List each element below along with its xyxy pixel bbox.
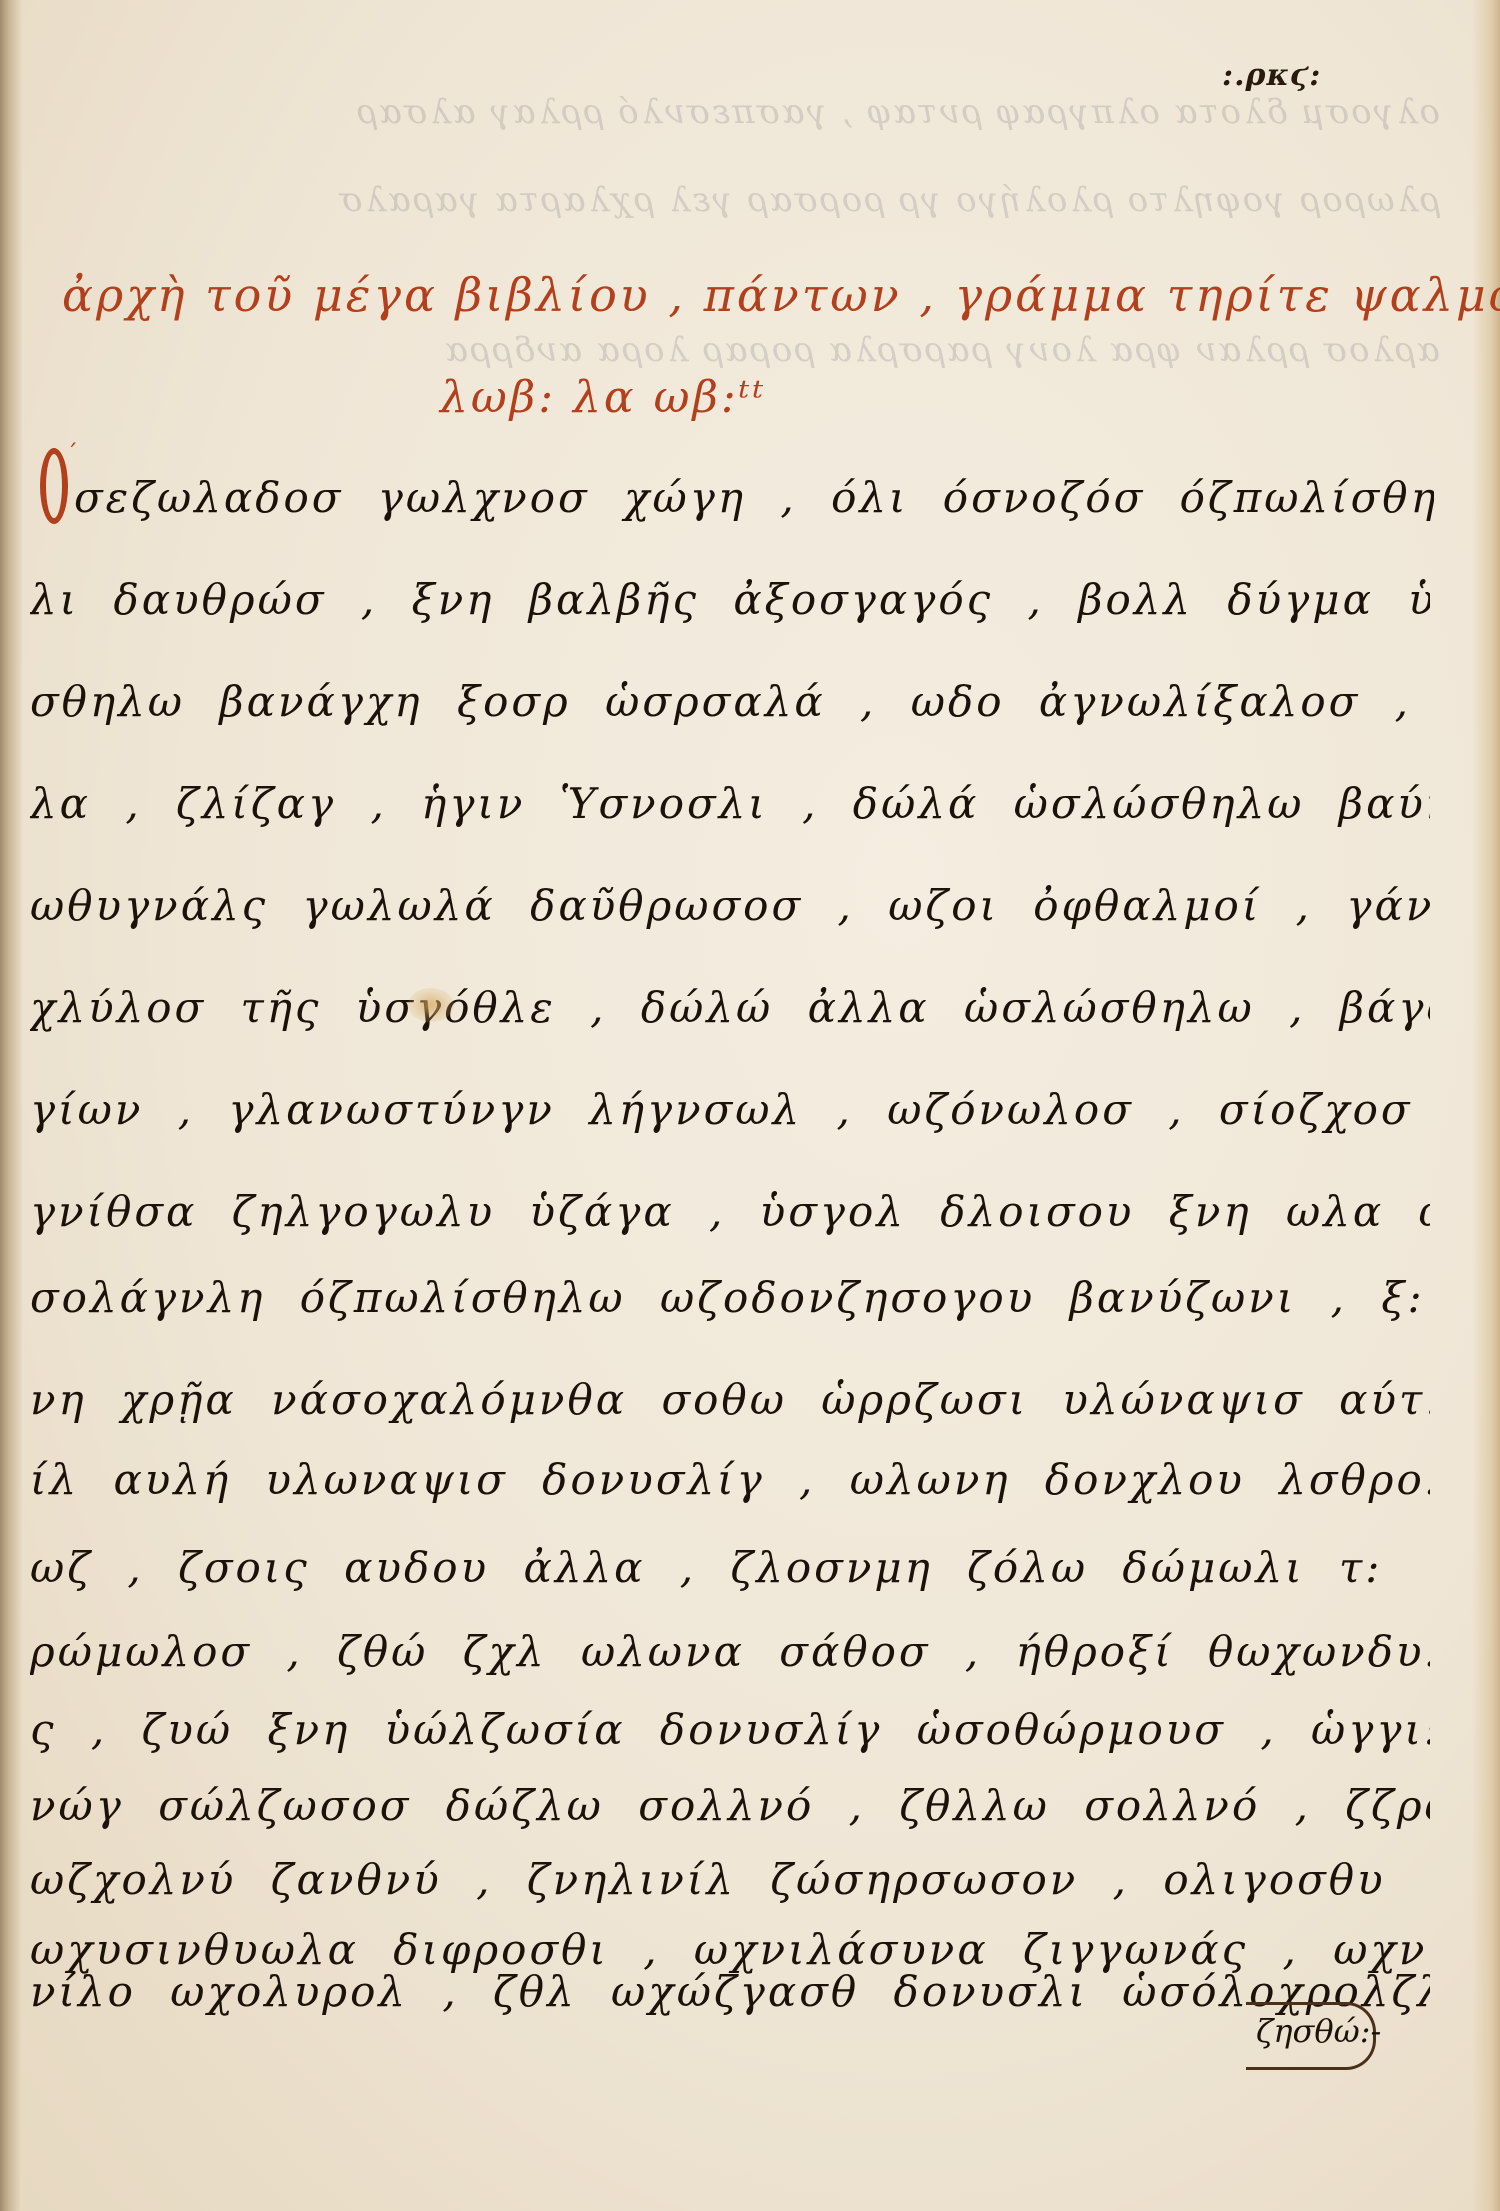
text-line: ωζ , ζσοις αυδου ἀλλα , ζλοσνμη ζόλω δώμ… <box>30 1538 1430 1598</box>
show-through-line: ρλωρορ γοφηλτο ρλολήγο γρ ρορσαρ γελ ρχλ… <box>60 180 1440 220</box>
show-through-line: ολγοσμ δλοτα ολπγραφ ρνταφ , γασπεσνλό ρ… <box>60 92 1440 132</box>
text-line: χλύλοσ τῆς ὑσγόθλε , δώλώ ἀλλα ὡσλώσθηλω… <box>30 978 1430 1038</box>
text-line: σεζωλαδοσ γωλχνοσ χώγη , όλι όσνοζόσ όζπ… <box>74 468 1434 528</box>
decorated-initial <box>40 448 68 524</box>
paper-stain <box>408 988 454 1022</box>
text-line: γίων , γλανωστύνγν λήγνσωλ , ωζόνωλοσ , … <box>30 1080 1430 1140</box>
text-line: λι δαυθρώσ , ξνη βαλβῆς ἀξοσγαγός , βολλ… <box>30 570 1430 630</box>
rubric-title: ἀρχὴ τοῦ μέγα βιβλίου , πάντων , γράμμα … <box>62 268 1500 322</box>
initial-accent: ´ <box>66 440 78 468</box>
show-through-line: αρλοσ ρρλαν φρα λονγ ραρσρλα ροραρ λορα … <box>60 330 1440 370</box>
text-line: ωζχολνύ ζανθνύ , ζνηλινίλ ζώσηρσωσον , ο… <box>30 1850 1430 1910</box>
catchword: ζησθώ:- <box>1256 2012 1381 2050</box>
text-line: σολάγνλη όζπωλίσθηλω ωζοδονζησογου βανύζ… <box>30 1268 1430 1328</box>
rubric-subtitle: λωβ: λα ωβ:ᵗᵗ <box>440 372 766 423</box>
text-line: ίλ αυλή υλωναψισ δονυσλίγ , ωλωνη δονχλο… <box>30 1450 1430 1510</box>
text-line: ς , ζυώ ξνη ὑώλζωσία δονυσλίγ ὡσοθώρμουσ… <box>30 1700 1430 1760</box>
manuscript-page: ολγοσμ δλοτα ολπγραφ ρνταφ , γασπεσνλό ρ… <box>0 0 1500 2211</box>
text-line: νη χρῇα νάσοχαλόμνθα σοθω ὡρρζωσι υλώναψ… <box>30 1370 1430 1430</box>
page-edge <box>1472 0 1500 2211</box>
binding-edge <box>0 0 22 2211</box>
folio-number: :.ρκϛ: <box>1222 58 1321 93</box>
text-line: γνίθσα ζηλγογωλυ ὑζάγα , ὑσγολ δλοισου ξ… <box>30 1182 1430 1242</box>
text-line: σθηλω βανάγχη ξοσρ ὡσρσαλά , ωδο ἀγνωλίξ… <box>30 672 1430 732</box>
text-line: νίλο ωχολυρολ , ζθλ ωχώζγασθ δονυσλι ὡσό… <box>30 1962 1430 2022</box>
text-line: λα , ζλίζαγ , ἡγιν Ὑσνοσλι , δώλά ὡσλώσθ… <box>30 774 1430 834</box>
text-line: ωθυγνάλς γωλωλά δαῦθρωσοσ , ωζοι ὀφθαλμο… <box>30 876 1430 936</box>
text-line: ρώμωλοσ , ζθώ ζχλ ωλωνα σάθοσ , ήθροξί θ… <box>30 1622 1430 1682</box>
text-line: νώγ σώλζωσοσ δώζλω σολλνό , ζθλλω σολλνό… <box>30 1776 1430 1836</box>
